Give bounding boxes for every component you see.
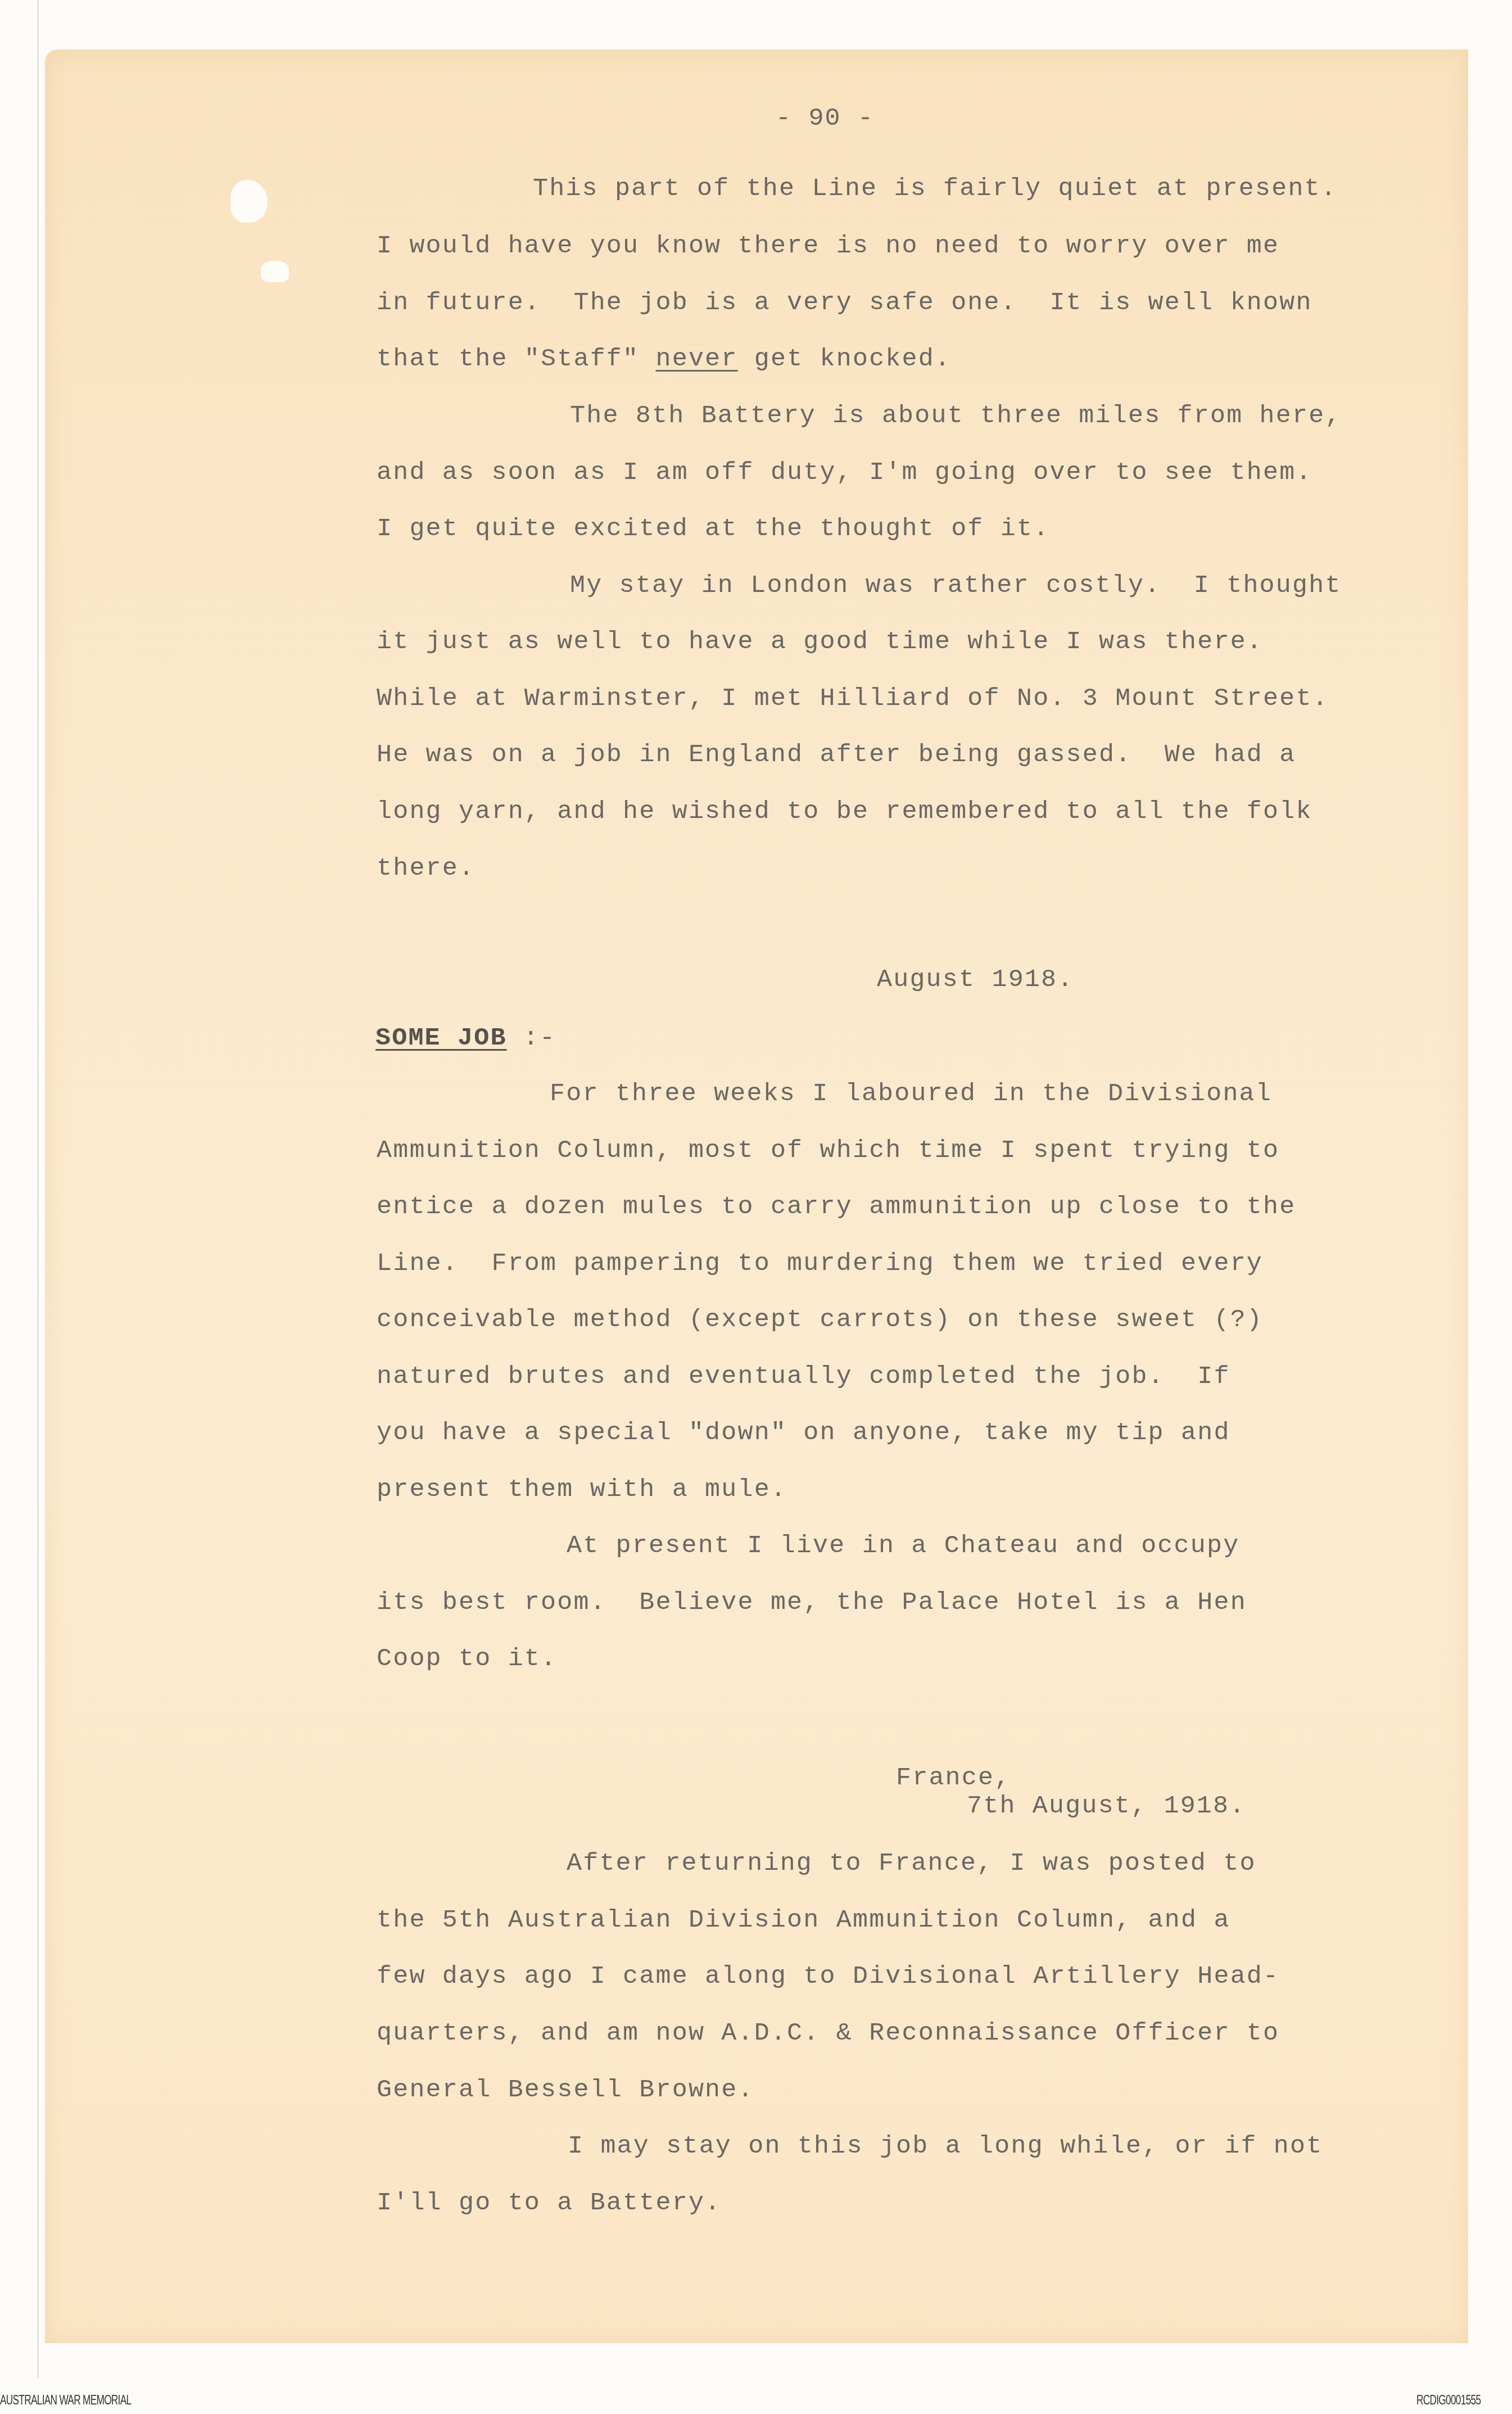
section-date: August 1918. (877, 967, 1074, 992)
text-line: I'll go to a Battery. (377, 2190, 721, 2216)
paper-hole (230, 180, 268, 223)
section-heading-title: SOME JOB (375, 1024, 507, 1052)
text-line: Line. From pampering to murdering them w… (377, 1251, 1263, 1276)
text-line: in future. The job is a very safe one. I… (377, 290, 1312, 315)
text-line: I may stay on this job a long while, or … (568, 2133, 1323, 2159)
text-line: The 8th Battery is about three miles fro… (570, 403, 1342, 428)
text-line: that the "Staff" never get knocked. (377, 346, 951, 372)
text-line: For three weeks I laboured in the Divisi… (550, 1081, 1272, 1106)
text-line: conceivable method (except carrots) on t… (377, 1307, 1263, 1332)
text-line: I get quite excited at the thought of it… (377, 516, 1049, 541)
text-line: its best room. Believe me, the Palace Ho… (377, 1590, 1247, 1615)
text-line: the 5th Australian Division Ammunition C… (377, 1907, 1230, 1933)
text-line: General Bessell Browne. (377, 2077, 754, 2103)
text-line: I would have you know there is no need t… (377, 233, 1279, 259)
text-line: quarters, and am now A.D.C. & Reconnaiss… (377, 2020, 1279, 2046)
scan-edge (37, 0, 39, 2378)
footer-document-id: RCDIG0001555 (1416, 2394, 1481, 2407)
paper-hole (261, 261, 289, 282)
text-line: and as soon as I am off duty, I'm going … (377, 460, 1312, 485)
text-line: This part of the Line is fairly quiet at… (533, 176, 1337, 201)
text-line: you have a special "down" on anyone, tak… (377, 1420, 1230, 1445)
letter-place: France, (896, 1765, 1011, 1791)
footer-archive-label: AUSTRALIAN WAR MEMORIAL (0, 2394, 131, 2407)
text-line: While at Warminster, I met Hilliard of N… (377, 686, 1329, 711)
text-line: it just as well to have a good time whil… (377, 629, 1263, 654)
text-line: At present I live in a Chateau and occup… (567, 1533, 1239, 1558)
text-line: there. (377, 856, 475, 881)
letter-date: 7th August, 1918. (967, 1793, 1246, 1819)
section-heading: SOME JOB :- (375, 1025, 556, 1051)
text-line: My stay in London was rather costly. I t… (570, 573, 1342, 598)
text-line: natured brutes and eventually completed … (377, 1364, 1230, 1389)
text-line: entice a dozen mules to carry ammunition… (377, 1194, 1296, 1219)
text-line: long yarn, and he wished to be remembere… (377, 799, 1312, 824)
text-line: He was on a job in England after being g… (377, 742, 1296, 767)
text-line: Coop to it. (377, 1646, 557, 1671)
page-number: - 90 - (776, 106, 874, 131)
text-line: Ammunition Column, most of which time I … (377, 1138, 1279, 1163)
text-line: After returning to France, I was posted … (567, 1851, 1256, 1876)
text-line: present them with a mule. (377, 1477, 787, 1502)
underlined-word: never (655, 345, 737, 373)
text-line: few days ago I came along to Divisional … (377, 1964, 1279, 1989)
